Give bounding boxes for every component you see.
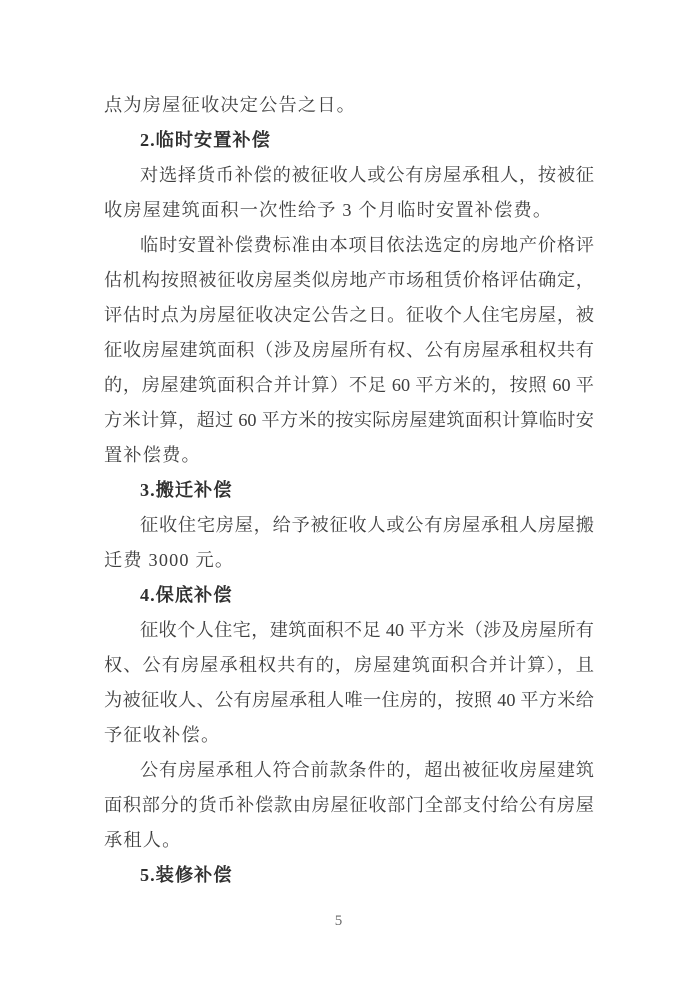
- section-heading: 2.临时安置补偿: [104, 123, 594, 158]
- section-heading: 4.保底补偿: [104, 578, 594, 613]
- text-line: 承租人。: [104, 823, 594, 858]
- section-heading: 5.装修补偿: [104, 858, 594, 893]
- text-line: 收房屋建筑面积一次性给予 3 个月临时安置补偿费。: [104, 193, 594, 228]
- text-line: 为被征收人、公有房屋承租人唯一住房的，按照 40 平方米给: [104, 683, 594, 718]
- page-footer: 5: [0, 912, 699, 930]
- section-heading: 3.搬迁补偿: [104, 473, 594, 508]
- text-line: 征收房屋建筑面积（涉及房屋所有权、公有房屋承租权共有: [104, 333, 594, 368]
- text-line: 征收住宅房屋，给予被征收人或公有房屋承租人房屋搬: [104, 508, 594, 543]
- text-line: 予征收补偿。: [104, 718, 594, 753]
- text-line: 面积部分的货币补偿款由房屋征收部门全部支付给公有房屋: [104, 788, 594, 823]
- document-body: 点为房屋征收决定公告之日。2.临时安置补偿对选择货币补偿的被征收人或公有房屋承租…: [104, 88, 594, 893]
- text-line: 置补偿费。: [104, 438, 594, 473]
- text-line: 临时安置补偿费标准由本项目依法选定的房地产价格评: [104, 228, 594, 263]
- text-line: 点为房屋征收决定公告之日。: [104, 88, 594, 123]
- text-line: 权、公有房屋承租权共有的，房屋建筑面积合并计算），且: [104, 648, 594, 683]
- text-line: 迁费 3000 元。: [104, 543, 594, 578]
- text-line: 估机构按照被征收房屋类似房地产市场租赁价格评估确定，: [104, 263, 594, 298]
- text-line: 评估时点为房屋征收决定公告之日。征收个人住宅房屋，被: [104, 298, 594, 333]
- text-line: 方米计算，超过 60 平方米的按实际房屋建筑面积计算临时安: [104, 403, 594, 438]
- text-line: 公有房屋承租人符合前款条件的，超出被征收房屋建筑: [104, 753, 594, 788]
- text-line: 对选择货币补偿的被征收人或公有房屋承租人，按被征: [104, 158, 594, 193]
- text-line: 的，房屋建筑面积合并计算）不足 60 平方米的，按照 60 平: [104, 368, 594, 403]
- page-number: 5: [335, 913, 343, 929]
- text-line: 征收个人住宅，建筑面积不足 40 平方米（涉及房屋所有: [104, 613, 594, 648]
- document-page: 点为房屋征收决定公告之日。2.临时安置补偿对选择货币补偿的被征收人或公有房屋承租…: [0, 0, 699, 990]
